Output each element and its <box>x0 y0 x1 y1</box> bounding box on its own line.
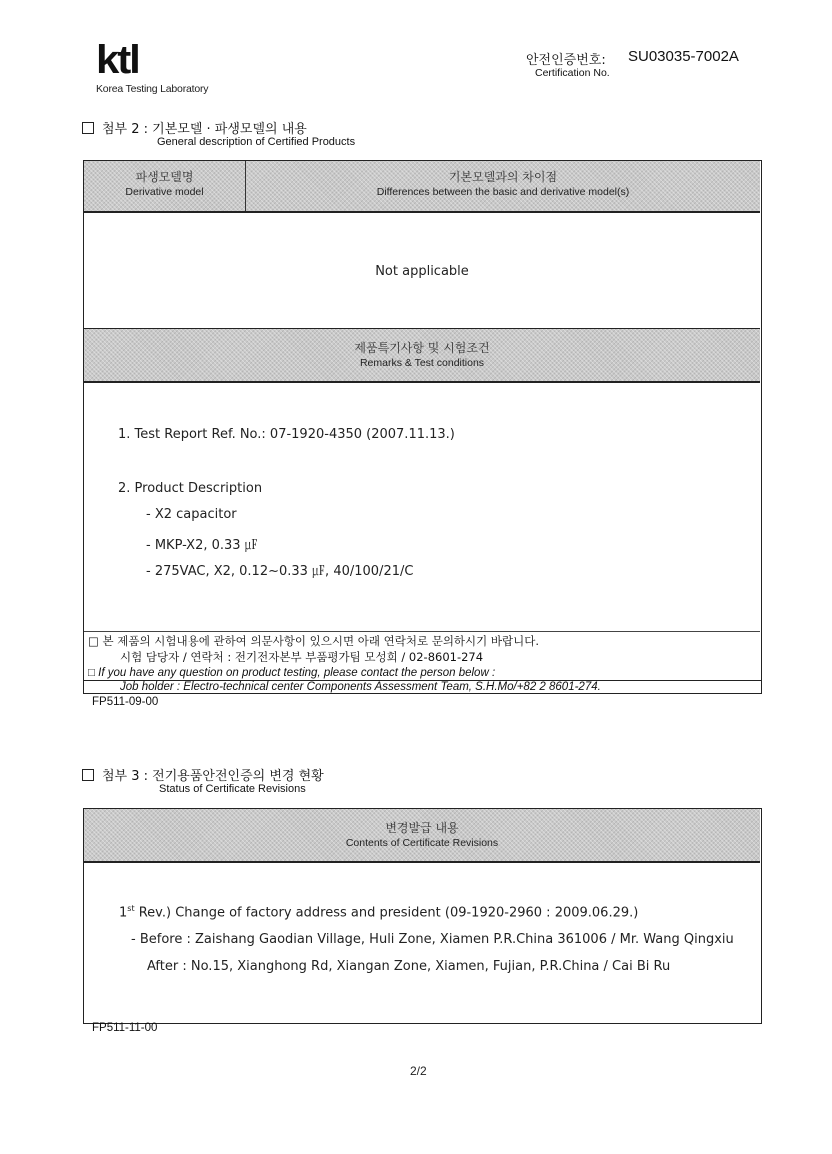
page-number: 2/2 <box>410 1064 427 1078</box>
revisions-header-ko: 변경발급 내용 <box>84 821 760 836</box>
col-header-ko: 기본모델과의 차이점 <box>246 170 760 185</box>
product-description-title: 2. Product Description <box>118 481 262 496</box>
table-bottom-edge <box>83 680 762 694</box>
col-header-derivative-model: 파생모델명 Derivative model <box>84 161 245 211</box>
ktl-logo: ktl <box>96 40 139 80</box>
revision-ordinal-suffix: st <box>127 904 134 913</box>
checkbox-square-icon <box>82 769 94 781</box>
revision-description: Rev.) Change of factory address and pres… <box>135 905 639 920</box>
contact-note-ko-line1: □ 본 제품의 시험내용에 관하여 의문사항이 있으시면 아래 연락처로 문의하… <box>88 634 539 649</box>
checkbox-square-icon <box>82 122 94 134</box>
form-code: FP511-11-00 <box>92 1022 157 1034</box>
contact-note-en-line1: □ If you have any question on product te… <box>88 666 495 681</box>
row-divider <box>84 631 760 632</box>
form-code: FP511-09-00 <box>92 696 158 708</box>
col-header-ko: 파생모델명 <box>84 170 245 185</box>
product-description-line: - MKP-X2, 0.33 ㎌ <box>146 534 258 553</box>
section2-title: 첨부 2 : 기본모델 · 파생모델의 내용 <box>82 118 307 137</box>
section2-subtitle: General description of Certified Product… <box>157 136 355 148</box>
cert-label-korean: 안전인증번호: <box>526 49 606 68</box>
row-divider <box>84 861 760 863</box>
revision-before: - Before : Zaishang Gaodian Village, Hul… <box>131 932 734 947</box>
revision-after: After : No.15, Xianghong Rd, Xiangan Zon… <box>147 959 670 974</box>
row-divider <box>84 381 760 383</box>
cert-label-english: Certification No. <box>535 67 610 79</box>
row-divider <box>84 211 760 213</box>
logo-subtitle: Korea Testing Laboratory <box>96 83 208 95</box>
revisions-header: 변경발급 내용 Contents of Certificate Revision… <box>84 809 760 861</box>
derivative-model-table: 파생모델명 Derivative model 기본모델과의 차이점 Differ… <box>83 160 762 681</box>
col-header-en: Differences between the basic and deriva… <box>246 185 760 199</box>
section3-subtitle: Status of Certificate Revisions <box>159 783 306 795</box>
col-header-en: Derivative model <box>84 185 245 199</box>
remarks-header: 제품특기사항 및 시험조건 Remarks & Test conditions <box>84 329 760 381</box>
revisions-table: 변경발급 내용 Contents of Certificate Revision… <box>83 808 762 1024</box>
revision-line: 1st Rev.) Change of factory address and … <box>119 904 638 920</box>
product-description-line: - 275VAC, X2, 0.12~0.33 ㎌, 40/100/21/C <box>146 560 413 579</box>
remarks-header-en: Remarks & Test conditions <box>84 356 760 370</box>
col-header-differences: 기본모델과의 차이점 Differences between the basic… <box>246 161 760 211</box>
test-report-ref: 1. Test Report Ref. No.: 07-1920-4350 (2… <box>118 427 455 442</box>
revisions-header-en: Contents of Certificate Revisions <box>84 836 760 850</box>
section3-title-text: 첨부 3 : 전기용품안전인증의 변경 현황 <box>102 769 324 784</box>
certification-number: SU03035-7002A <box>628 48 739 65</box>
section2-title-text: 첨부 2 : 기본모델 · 파생모델의 내용 <box>102 122 307 137</box>
product-description-line: - X2 capacitor <box>146 507 237 522</box>
contact-note-ko-line2: 시험 담당자 / 연락처 : 전기전자본부 부품평가팀 모성희 / 02-860… <box>120 650 483 665</box>
differences-value: Not applicable <box>84 264 760 279</box>
section3-title: 첨부 3 : 전기용품안전인증의 변경 현황 <box>82 765 324 784</box>
remarks-header-ko: 제품특기사항 및 시험조건 <box>84 341 760 356</box>
